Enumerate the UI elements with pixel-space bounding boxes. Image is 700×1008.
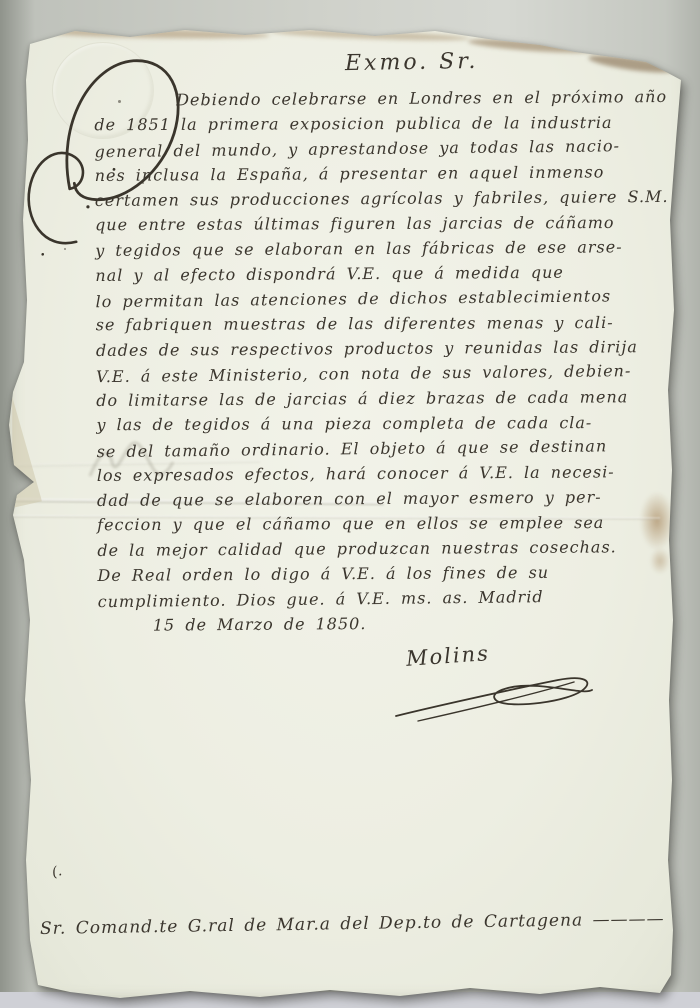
date-line: 15 de Marzo de 1850. [153, 609, 660, 638]
left-edge-fold-flap [12, 396, 42, 508]
scanned-letter-photo: Exmo. Sr. Debiendo celebrarse en Londres… [0, 0, 700, 1008]
signature-rubric-flourish [388, 664, 598, 722]
letter-line: y tegidos que se elaboran en las fábrica… [95, 234, 657, 263]
paper-shadow-wrap: Exmo. Sr. Debiendo celebrarse en Londres… [0, 0, 700, 1008]
letter-line: feccion y que el cáñamo que en ellos se … [97, 510, 659, 537]
salutation: Exmo. Sr. [345, 49, 479, 76]
letter-line: certamen sus producciones agrícolas y fa… [95, 184, 657, 213]
letter-line: Debiendo celebrarse en Londres en el pró… [94, 84, 656, 113]
addressee-line: Sr. Comand.te G.ral de Mar.a del Dep.to … [40, 909, 670, 939]
letter-line: los expresados efectos, hará conocer á V… [97, 459, 659, 488]
top-edge-stain [468, 36, 598, 55]
letter-line: do limitarse las de jarcias á diez braza… [96, 384, 658, 413]
top-edge-stain [30, 27, 270, 40]
letter-body: Debiendo celebrarse en Londres en el pró… [94, 84, 660, 638]
letter-line: de la mejor calidad que produzcan nuestr… [97, 534, 659, 563]
letter-line: que entre estas últimas figuren las jarc… [95, 210, 657, 237]
top-edge-stain [588, 52, 677, 76]
margin-mark: (. [50, 863, 63, 881]
top-edge-stain [270, 28, 470, 43]
letter-line: se fabriquen muestras de las diferentes … [96, 310, 658, 337]
letter-line: dad de que se elaboren con el mayor esme… [97, 484, 659, 513]
document-page: Exmo. Sr. Debiendo celebrarse en Londres… [0, 0, 700, 1008]
